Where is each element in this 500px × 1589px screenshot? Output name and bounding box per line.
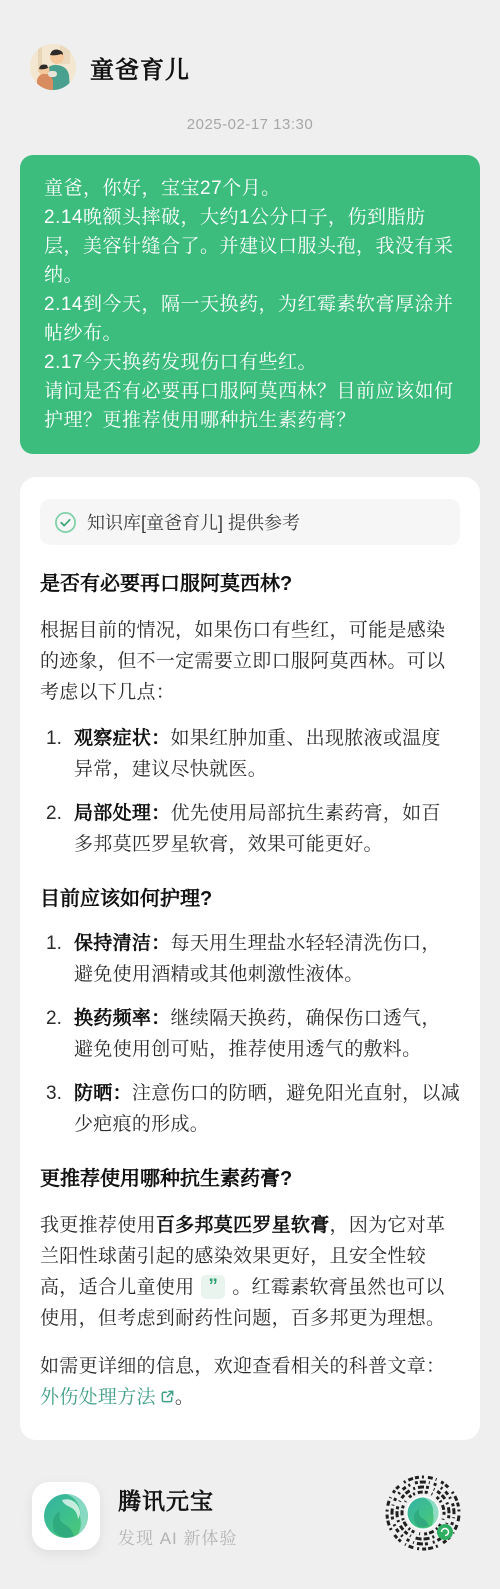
citation-quote-chip[interactable]: ”	[201, 1275, 225, 1299]
external-link-icon[interactable]	[160, 1383, 175, 1414]
list-item: 2. 局部处理：优先使用局部抗生素药膏，如百多邦莫匹罗星软膏，效果可能更好。	[40, 798, 460, 860]
peer-name: 童爸育儿	[90, 50, 190, 85]
list-item-term: 换药频率：	[74, 1008, 171, 1029]
list-item-text: 观察症状：如果红肿加重、出现脓液或温度异常，建议尽快就医。	[74, 723, 460, 785]
chat-header: 童爸育儿	[0, 0, 500, 90]
yuanbao-logo-icon	[42, 1492, 90, 1540]
user-message-bubble: 童爸，你好，宝宝27个月。 2.14晚额头摔破，大约1公分口子，伤到脂肪层，美容…	[20, 155, 480, 454]
recommendation-product: 百多邦莫匹罗星软膏	[156, 1215, 330, 1236]
section-heading-amoxicillin: 是否有必要再口服阿莫西林?	[40, 571, 460, 598]
section-heading-care: 目前应该如何护理?	[40, 886, 460, 913]
list-item-term: 防晒：	[74, 1083, 132, 1104]
paragraph-recommendation: 我更推荐使用百多邦莫匹罗星软膏，因为它对革兰阳性球菌引起的感染效果更好，且安全性…	[40, 1210, 460, 1334]
list-item: 3. 防晒：注意伤口的防晒，避免阳光直射，以减少疤痕的形成。	[40, 1078, 460, 1140]
app-tagline: 发现 AI 新体验	[118, 1524, 382, 1549]
list-item-rest: 注意伤口的防晒，避免阳光直射，以减少疤痕的形成。	[74, 1083, 460, 1135]
message-timestamp: 2025-02-17 13:30	[0, 116, 500, 133]
more-info-text: 如需更详细的信息，欢迎查看相关的科普文章：	[40, 1356, 445, 1377]
knowledge-source-badge[interactable]: 知识库[童爸育儿] 提供参考	[40, 499, 460, 545]
app-icon-tile	[32, 1482, 100, 1550]
paragraph-more-info: 如需更详细的信息，欢迎查看相关的科普文章： 外伤处理方法。	[40, 1351, 460, 1414]
list-item-term: 局部处理：	[74, 803, 171, 824]
app-name: 腾讯元宝	[118, 1483, 382, 1516]
knowledge-source-label: 知识库[童爸育儿] 提供参考	[87, 509, 300, 535]
section-heading-ointment: 更推荐使用哪种抗生素药膏?	[40, 1166, 460, 1193]
list-item-text: 保持清洁：每天用生理盐水轻轻清洗伤口，避免使用酒精或其他刺激性液体。	[74, 928, 460, 990]
list-item: 2. 换药频率：继续隔天换药，确保伤口透气，避免使用创可贴，推荐使用透气的敷料。	[40, 1003, 460, 1065]
list-item-text: 防晒：注意伤口的防晒，避免阳光直射，以减少疤痕的形成。	[74, 1078, 460, 1140]
more-info-suffix: 。	[175, 1387, 194, 1408]
list-item-number: 2.	[40, 1003, 74, 1065]
check-circle-icon	[54, 511, 77, 534]
list-amoxicillin-points: 1. 观察症状：如果红肿加重、出现脓液或温度异常，建议尽快就医。 2. 局部处理…	[40, 723, 460, 860]
share-footer: 腾讯元宝 发现 AI 新体验	[0, 1440, 500, 1559]
list-item-term: 观察症状：	[74, 728, 171, 749]
list-item-number: 3.	[40, 1078, 74, 1140]
list-item: 1. 观察症状：如果红肿加重、出现脓液或温度异常，建议尽快就医。	[40, 723, 460, 785]
list-item-number: 1.	[40, 928, 74, 990]
avatar-illustration	[30, 44, 76, 90]
list-item-number: 1.	[40, 723, 74, 785]
ai-answer-card: 知识库[童爸育儿] 提供参考 是否有必要再口服阿莫西林? 根据目前的情况，如果伤…	[20, 477, 480, 1440]
list-item-term: 保持清洁：	[74, 933, 171, 954]
recommendation-lead: 我更推荐使用	[40, 1215, 156, 1236]
list-care-points: 1. 保持清洁：每天用生理盐水轻轻清洗伤口，避免使用酒精或其他刺激性液体。 2.…	[40, 928, 460, 1140]
paragraph-intro: 根据目前的情况，如果伤口有些红，可能是感染的迹象，但不一定需要立即口服阿莫西林。…	[40, 615, 460, 708]
list-item: 1. 保持清洁：每天用生理盐水轻轻清洗伤口，避免使用酒精或其他刺激性液体。	[40, 928, 460, 990]
app-meta: 腾讯元宝 发现 AI 新体验	[118, 1483, 382, 1549]
list-item-text: 局部处理：优先使用局部抗生素药膏，如百多邦莫匹罗星软膏，效果可能更好。	[74, 798, 460, 860]
article-link[interactable]: 外伤处理方法	[40, 1387, 156, 1408]
avatar	[30, 44, 76, 90]
miniprogram-qr-code	[382, 1472, 464, 1559]
list-item-number: 2.	[40, 798, 74, 860]
list-item-text: 换药频率：继续隔天换药，确保伤口透气，避免使用创可贴，推荐使用透气的敷料。	[74, 1003, 460, 1065]
